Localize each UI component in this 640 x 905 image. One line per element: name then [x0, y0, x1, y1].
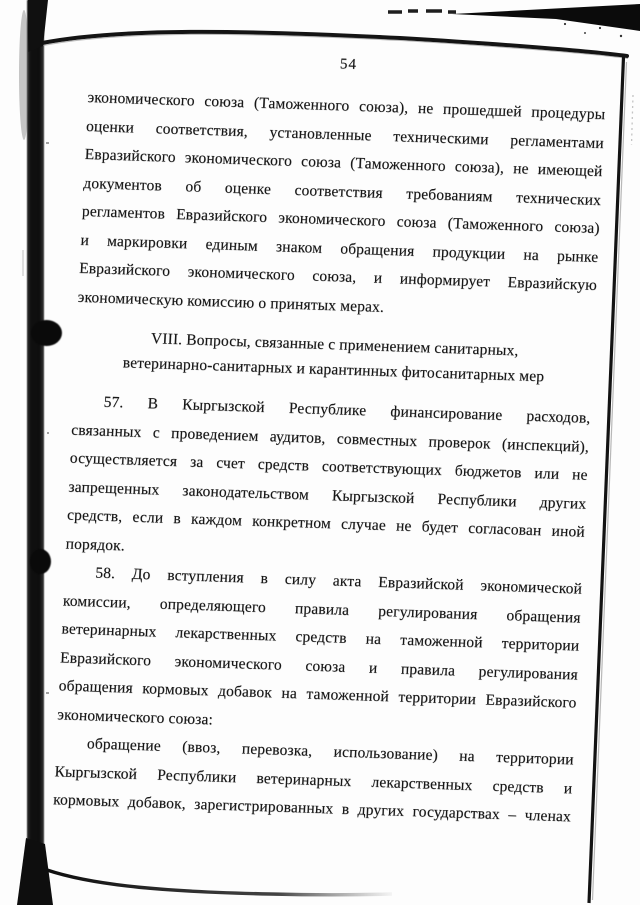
paragraph-continuation: экономического союза (Таможенного союза)… [77, 84, 606, 329]
paragraph-57: 57. В Кыргызской Республике финансирован… [65, 388, 591, 576]
page-body: 54 экономического союза (Таможенного сою… [52, 47, 607, 832]
scanned-document-page: 54 экономического союза (Таможенного сою… [0, 0, 640, 905]
scan-speck [46, 692, 49, 694]
scan-speck [47, 432, 49, 434]
scan-binding-edge [27, 0, 44, 905]
binding-hole-bottom [30, 549, 51, 574]
binding-hole-top [31, 320, 62, 346]
scan-top-right-wedge [452, 4, 640, 31]
scan-speck [22, 250, 24, 276]
scan-speck [46, 142, 49, 144]
page-number: 54 [89, 47, 608, 82]
section-heading: VIII. Вопросы, связанные с применением с… [74, 324, 594, 391]
paragraph-58: 58. До вступления в силу акта Евразийско… [57, 558, 583, 746]
paragraph-clause: обращение (ввоз, перевозка, использовани… [52, 729, 574, 832]
scan-bottom-edge-line [47, 870, 392, 895]
